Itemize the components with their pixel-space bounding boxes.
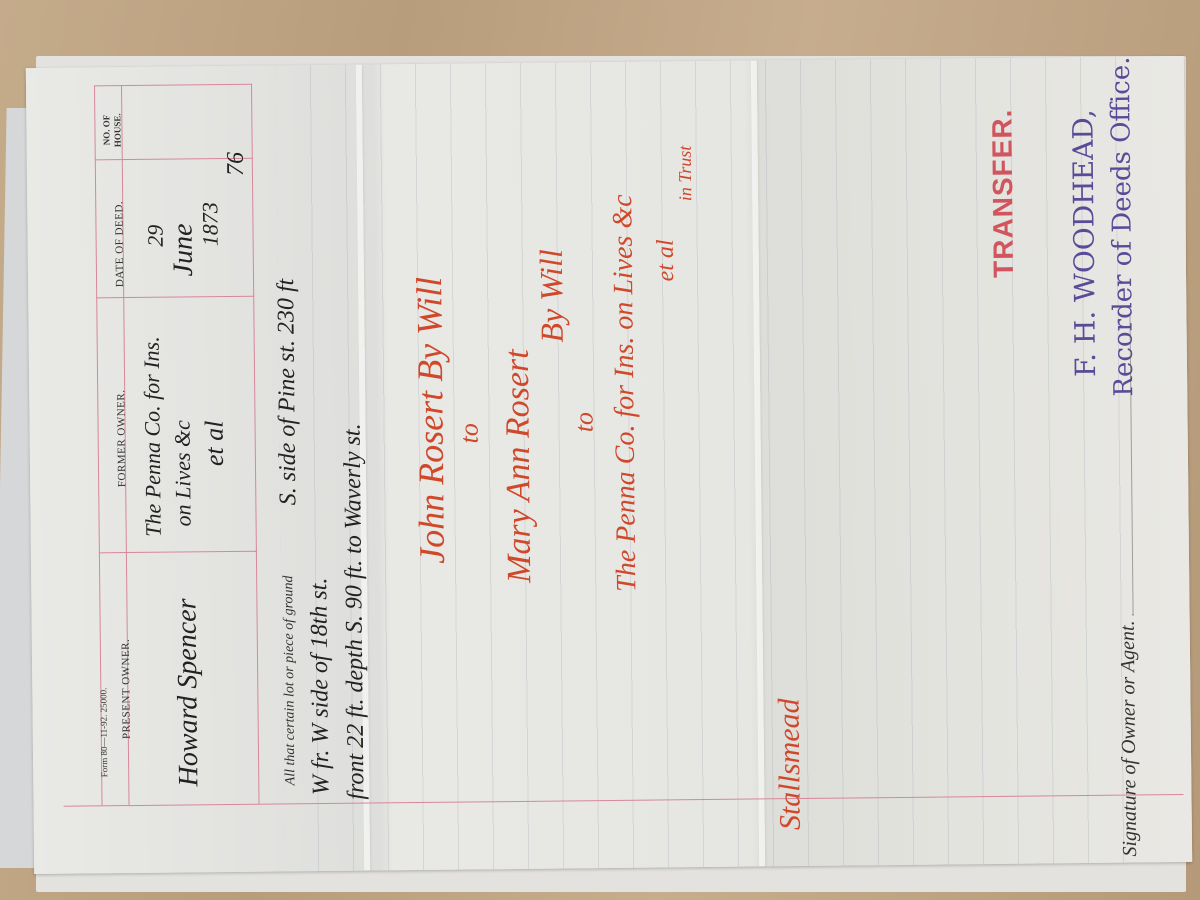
transfer-line6: The Penna Co. for Ins. on Lives &c <box>607 194 643 592</box>
table-border-right <box>251 84 260 804</box>
header-former-owner: FORMER OWNER. <box>115 389 128 487</box>
signature-line[interactable] <box>1129 315 1133 615</box>
transfer-line4: By Will <box>533 249 571 343</box>
former-owner-line1: The Penna Co. for Ins. <box>139 336 167 537</box>
transfer-line8: in Trust <box>675 146 697 202</box>
col-divider-date <box>96 296 254 299</box>
date-year: 1873 <box>197 202 223 246</box>
transfer-stamp: TRANSFER. <box>986 108 1020 278</box>
former-owner-line2: on Lives &c <box>170 420 197 527</box>
transfer-line5: to <box>569 412 599 433</box>
transfer-line1: John Rosert By Will <box>408 277 453 564</box>
description-line3: front 22 ft. depth S. 90 ft. to Waverly … <box>340 423 371 799</box>
header-present-owner: PRESENT OWNER. <box>120 639 133 739</box>
header-house: HOUSE. <box>112 113 122 147</box>
description-line1: S. side of Pine st. 230 ft <box>273 279 302 506</box>
transfer-line2: to <box>455 423 485 444</box>
description-line2: W fr. W side of 18th st. <box>306 578 335 796</box>
deed-form-sheet: Form 80—11-92. 25000. PRESENT OWNER. FOR… <box>26 56 1192 874</box>
transfer-line3: Mary Ann Rosert <box>499 349 539 583</box>
transfer-line7: et al <box>653 239 680 281</box>
header-no-of: NO. OF <box>101 115 111 146</box>
description-printed: All that certain lot or piece of ground <box>281 575 299 785</box>
signature-label-text: Signature of Owner or Agent. <box>1117 620 1141 856</box>
table-border-top <box>94 84 252 87</box>
recorder-name-stamp: F. H. WOODHEAD, <box>1066 109 1102 377</box>
present-owner-value: Howard Spencer <box>171 598 205 786</box>
date-month: June <box>167 223 200 276</box>
recorder-signature: Stallsmead <box>772 698 807 830</box>
header-date-of-deed: DATE OF DEED. <box>113 201 126 287</box>
house-number: 76 <box>223 152 250 176</box>
date-day: 29 <box>142 225 168 247</box>
form-number: Form 80—11-92. 25000. <box>98 688 109 778</box>
col-divider-former <box>99 551 257 554</box>
former-owner-line3: et al <box>200 420 230 466</box>
